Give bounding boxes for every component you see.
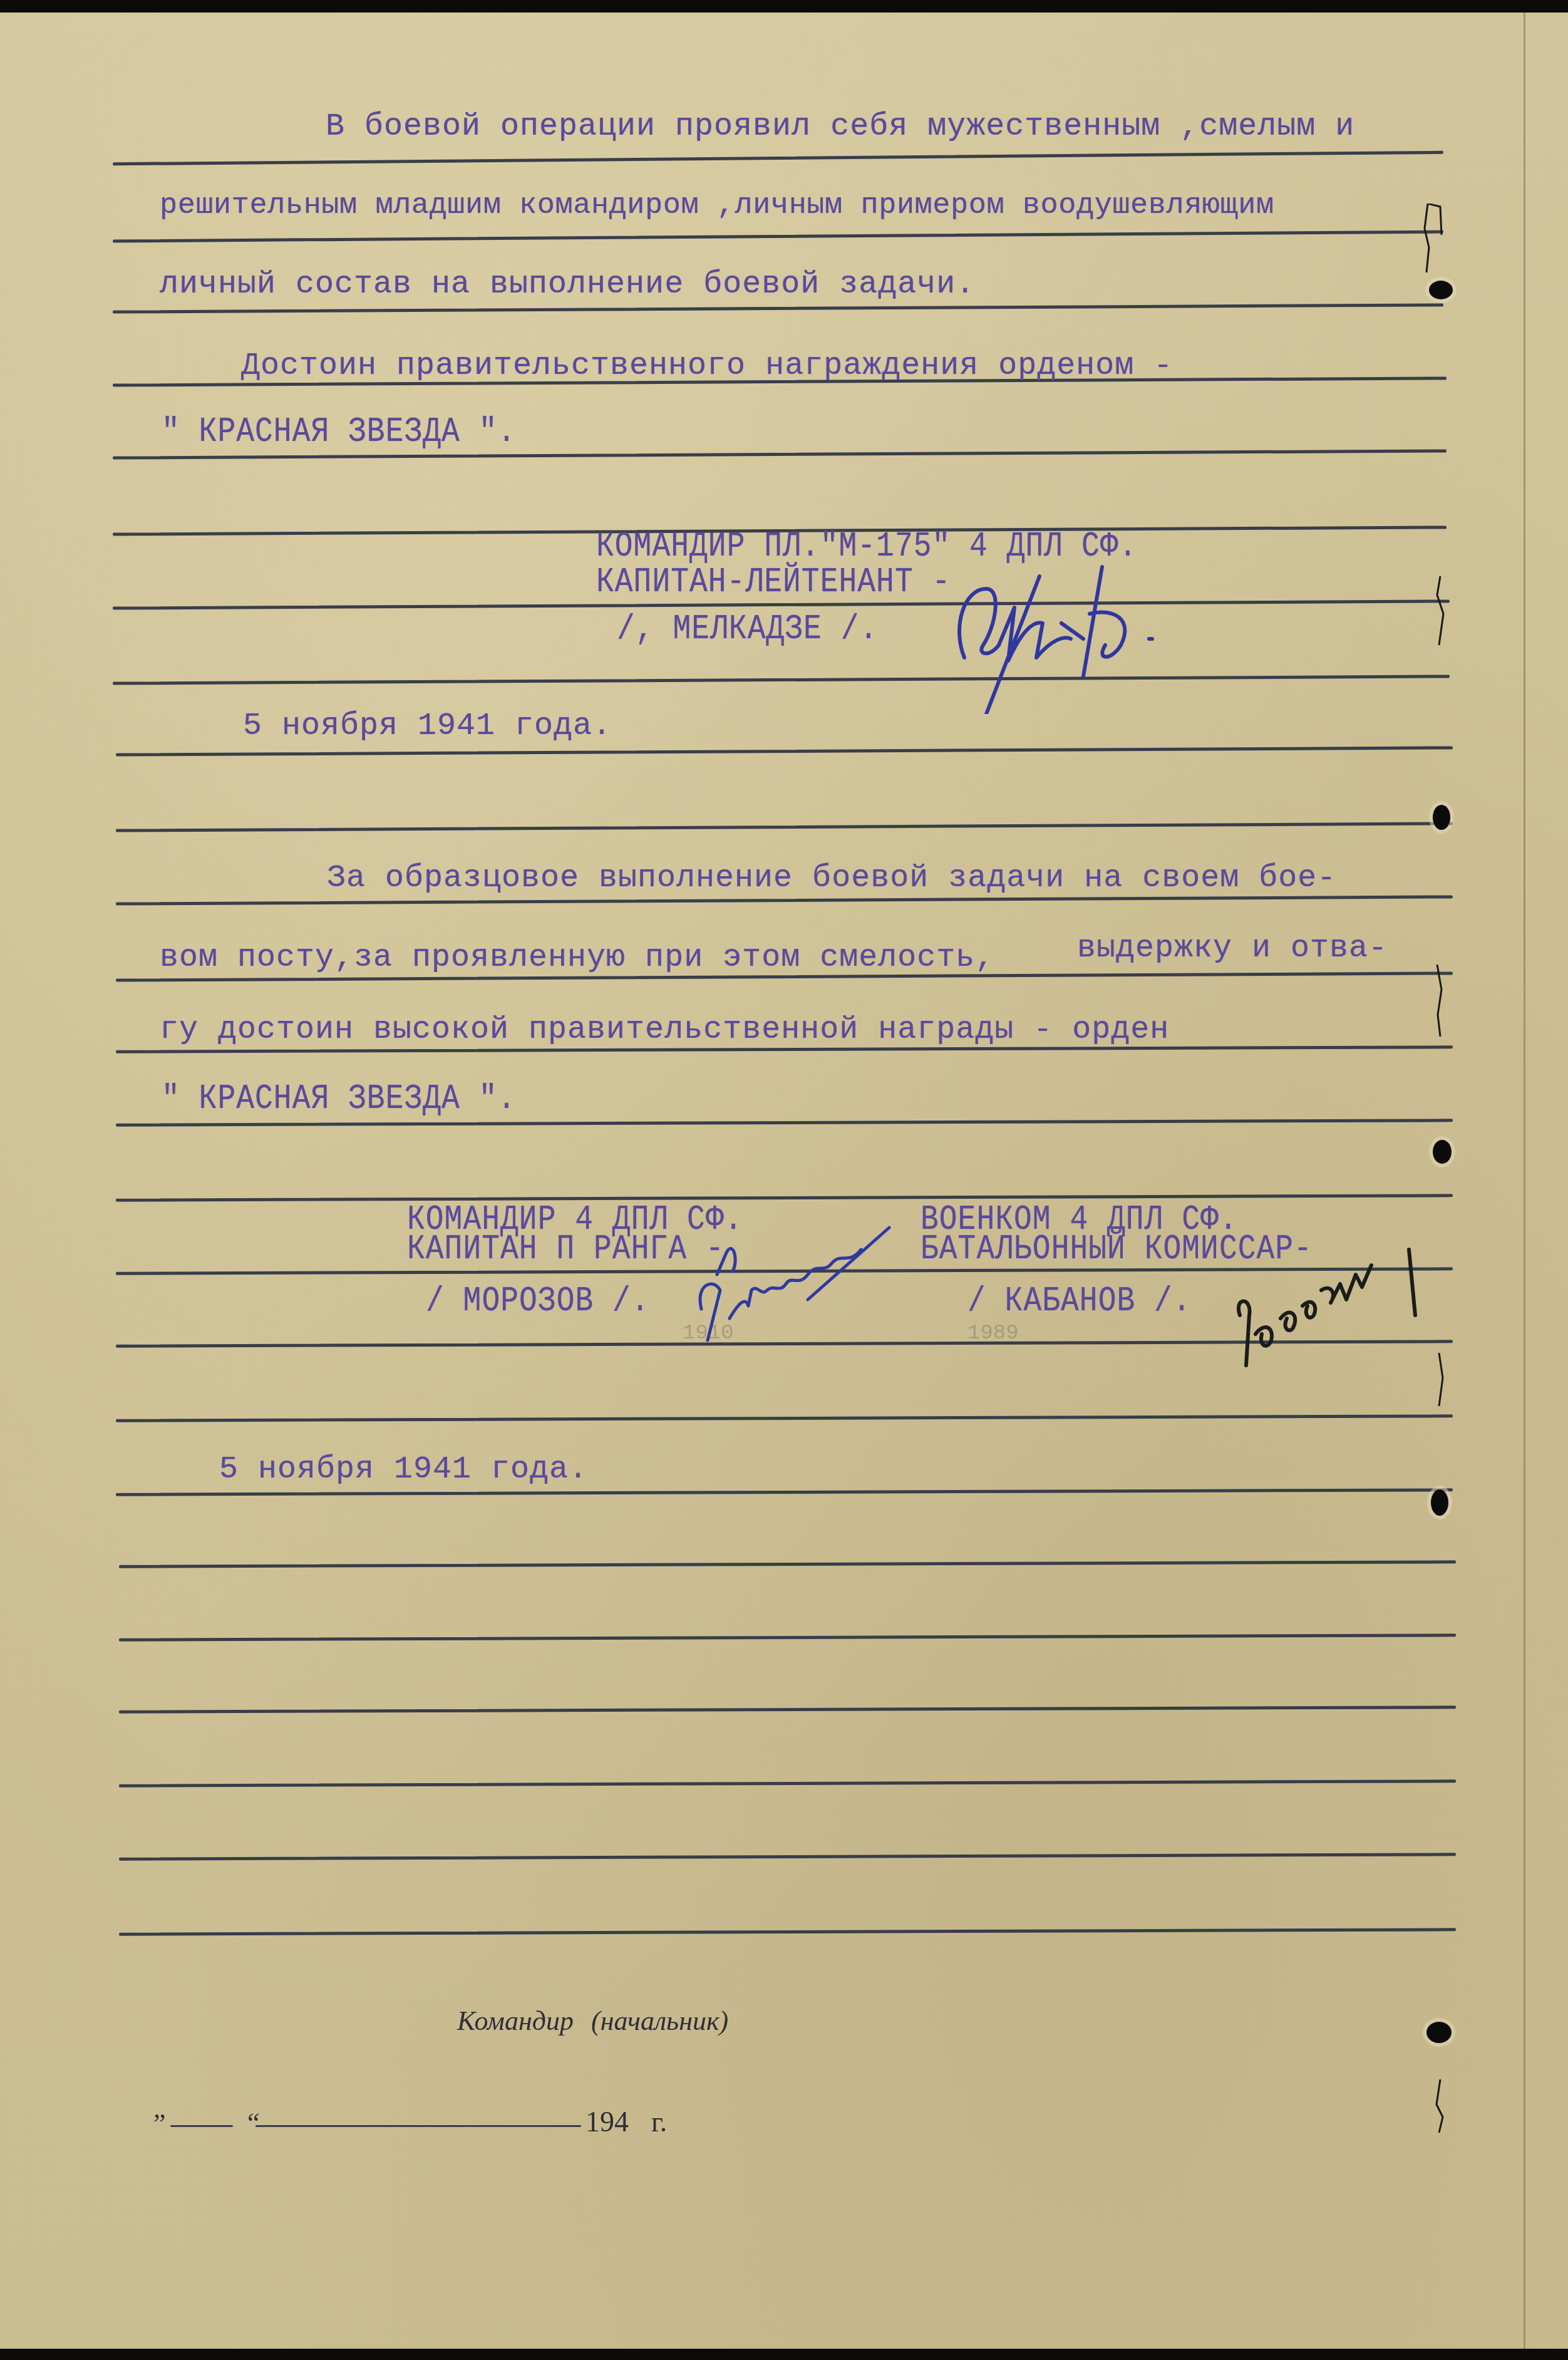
day-blank-line[interactable] [170,2125,233,2127]
year-prefix: 194 [585,2108,629,2136]
recommendation-line-1: Достоин правительственного награждения о… [241,351,1173,382]
fold-line [1524,13,1525,2349]
tear-mark [1428,2079,1453,2136]
date-1: 5 ноября 1941 года. [243,711,612,742]
binding-hole [1433,805,1450,830]
tear-mark [1428,1353,1453,1409]
footer-open-quote: „ [153,2095,166,2123]
tear-mark [1428,965,1453,1040]
award-name-1: " КРАСНАЯ ЗВЕЗДА ". [162,415,516,450]
narrative-line-1: В боевой операции проявил себя мужествен… [326,111,1354,143]
commander-sublabel: (начальник) [591,2005,728,2036]
commendation-line-1: За образцовое выполнение боевой задачи н… [327,863,1336,894]
binding-hole [1431,1489,1448,1516]
signatory2-rank: КАПИТАН П РАНГА - [407,1233,725,1267]
signatory1-rank: КАПИТАН-ЛЕЙТЕНАНТ - [596,566,951,600]
tear-mark [1428,576,1453,651]
commander-label: Командир [457,2005,574,2036]
commander-signature-block: Командир (начальник) [457,2007,728,2035]
month-blank-line[interactable] [255,2125,581,2127]
faint-stamp-mark: 1989 [967,1322,1019,1345]
binding-hole [1426,2022,1452,2043]
award-name-2: " КРАСНАЯ ЗВЕЗДА ". [162,1082,516,1117]
footer-close-quote: “ [247,2109,260,2137]
commendation-line-2: вом посту,за проявленную при этом смелос… [160,943,994,974]
faint-stamp-mark: 1910 [683,1322,734,1345]
commendation-line-3: гу достоин высокой правительственной наг… [160,1015,1169,1046]
binding-hole [1429,281,1453,299]
narrative-line-3: личный состав на выполнение боевой задач… [160,269,975,301]
signatory3-name: / КАБАНОВ /. [967,1285,1192,1319]
narrative-line-2: решительным младшим командиром ,личным п… [160,191,1274,220]
signature-kabanov [1227,1240,1453,1378]
year-suffix: г. [651,2108,667,2136]
signatory2-name: / МОРОЗОВ /. [426,1285,650,1319]
commendation-line-2b: выдержку и отва- [1077,933,1388,965]
signature-melkadze [927,551,1252,714]
date-2: 5 ноября 1941 года. [219,1454,588,1486]
tear-mark [1421,204,1447,279]
signatory1-name: /, МЕЛКАДЗЕ /. [617,613,878,647]
binding-hole [1433,1140,1452,1164]
